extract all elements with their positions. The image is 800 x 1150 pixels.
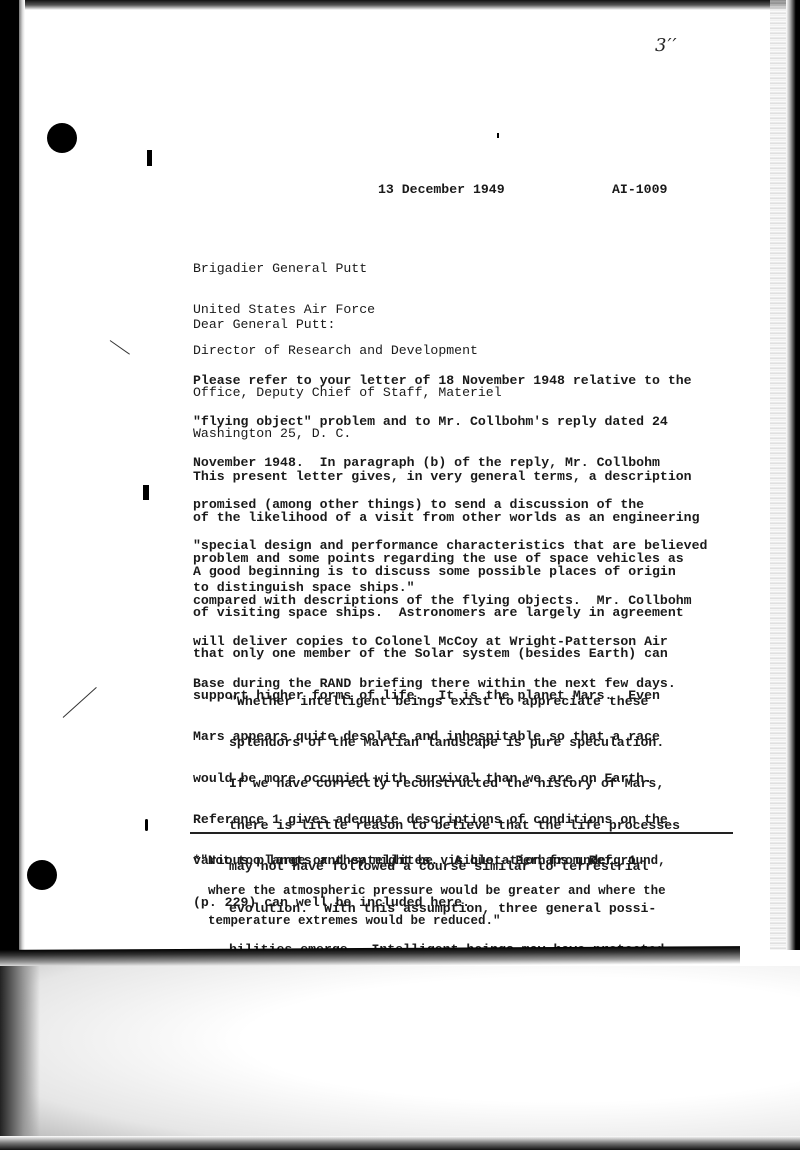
letter-date: 13 December 1949 bbox=[378, 183, 505, 197]
salutation: Dear General Putt: bbox=[193, 318, 335, 332]
punch-hole-top bbox=[47, 123, 77, 153]
quote-line: there is little reason to believe that t… bbox=[229, 819, 680, 833]
scan-sheet-edge-shadow bbox=[0, 946, 740, 968]
text-line: Please refer to your letter of 18 Novemb… bbox=[193, 374, 707, 388]
handwritten-page-number: 3′′ bbox=[655, 35, 678, 56]
ink-mark bbox=[147, 150, 152, 166]
footnote-divider bbox=[190, 832, 733, 834]
address-line: Brigadier General Putt bbox=[193, 262, 502, 276]
quote-line: splendors of the Martian landscape is pu… bbox=[229, 736, 680, 750]
text-line: that only one member of the Solar system… bbox=[193, 647, 684, 661]
address-line: United States Air Force bbox=[193, 303, 502, 317]
quote-line: If we have correctly reconstructed the h… bbox=[229, 777, 680, 791]
text-line: This present letter gives, in very gener… bbox=[193, 470, 699, 484]
scanned-letter-page: 3′′ 13 December 1949 AI-1009 Brigadier G… bbox=[0, 0, 800, 1150]
footnote-line: where the atmospheric pressure would be … bbox=[193, 886, 666, 896]
ink-mark bbox=[145, 819, 148, 831]
pencil-stroke bbox=[110, 340, 130, 355]
text-line: "flying object" problem and to Mr. Collb… bbox=[193, 415, 707, 429]
ink-mark bbox=[497, 133, 499, 138]
footnote-line: *"Not too large or they might be visible… bbox=[193, 856, 666, 866]
punch-hole-bottom bbox=[27, 860, 57, 890]
reference-number: AI-1009 bbox=[612, 183, 667, 197]
scan-lower-left-shading bbox=[0, 966, 40, 1150]
scan-right-edge-noise bbox=[770, 0, 786, 950]
scan-top-edge bbox=[0, 0, 800, 10]
ink-mark bbox=[143, 485, 149, 500]
scan-right-edge bbox=[786, 0, 800, 950]
text-line: of the likelihood of a visit from other … bbox=[193, 511, 699, 525]
text-line: A good beginning is to discuss some poss… bbox=[193, 565, 684, 579]
pencil-stroke bbox=[63, 687, 97, 718]
footnote-line: temperature extremes would be reduced." bbox=[193, 916, 666, 926]
text-line: of visiting space ships. Astronomers are… bbox=[193, 606, 684, 620]
scan-lower-sheet bbox=[0, 966, 800, 1150]
footnote: *"Not too large or they might be visible… bbox=[193, 836, 666, 946]
scan-bottom-edge bbox=[0, 1136, 800, 1150]
quote-line: "Whether intelligent beings exist to app… bbox=[229, 695, 680, 709]
